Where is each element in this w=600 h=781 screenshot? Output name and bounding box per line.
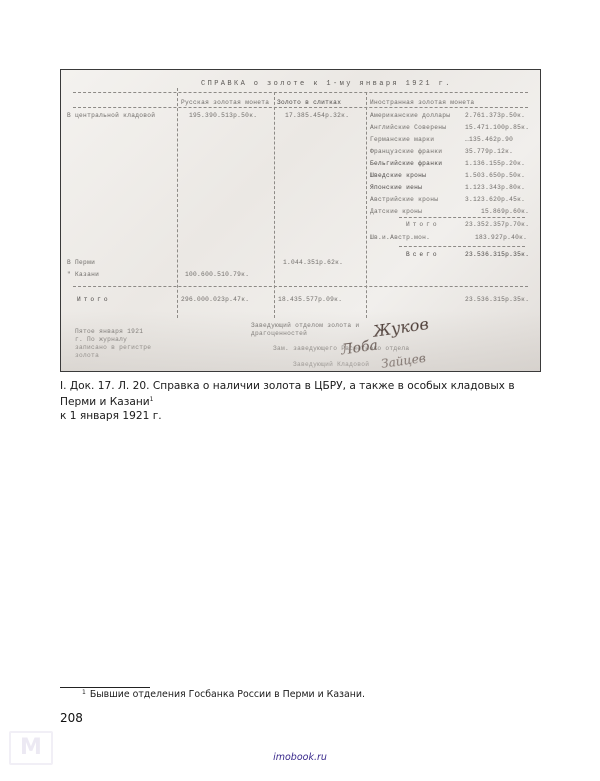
footnote-text: Бывшие отделения Госбанка России в Перми… (90, 689, 365, 700)
site-link[interactable]: imobook.ru (0, 752, 600, 763)
cell-value: 1.044.351р.62к. (283, 259, 343, 266)
foreign-total-value: 23.536.315р.35к. (465, 251, 529, 258)
coin-value: 15.869р.60к. (481, 208, 529, 215)
extra-value: 183.927р.40к. (475, 234, 527, 241)
note-left: Пятое января 1921 г. По журналу записано… (75, 328, 155, 360)
cell-value: 100.600.510.79к. (185, 271, 249, 278)
foreign-total-label: Всего (406, 251, 440, 258)
column-header: Золото в слитках (277, 99, 341, 106)
coin-name: Австрийские кроны (370, 196, 438, 203)
coin-value: 1.503.650р.50к. (465, 172, 525, 179)
column-header: Иностранная золотая монета (370, 99, 474, 106)
row-label-kazan: " Казани (67, 271, 99, 278)
coin-value: 15.471.100р.85к. (465, 124, 529, 131)
coin-name: Германские марки (370, 136, 434, 143)
total-value: 296.000.023р.47к. (181, 296, 249, 303)
cell-value: 17.385.454р.32к. (285, 112, 349, 119)
total-value: 18.435.577р.09к. (278, 296, 342, 303)
total-value: 23.536.315р.35к. (465, 296, 529, 303)
coin-value: 1.136.155р.20к. (465, 160, 525, 167)
column-divider (274, 92, 275, 318)
signature: Зайцев (380, 351, 426, 371)
figure-caption: I. Док. 17. Л. 20. Справка о наличии зол… (60, 379, 550, 423)
archival-document-photo: СПРАВКА о золоте к 1-му января 1921 г. Р… (60, 69, 541, 372)
divider (73, 92, 528, 93)
coin-value: 1.123.343р.80к. (465, 184, 525, 191)
divider (73, 107, 528, 108)
coin-name: Французские франки (370, 148, 442, 155)
footnote-divider (60, 687, 150, 688)
coin-name: Датские кроны (370, 208, 422, 215)
footnote-ref[interactable]: 1 (150, 396, 154, 403)
coin-value: 35.779р.12к. (465, 148, 513, 155)
coin-value: 3.123.620р.45к. (465, 196, 525, 203)
coin-name: Бельгийские франки (370, 160, 442, 167)
signature-title: Заведующий отделом золота и драгоценност… (251, 322, 371, 338)
subtotal-value: 23.352.357р.70к. (465, 221, 529, 228)
divider (73, 286, 528, 287)
row-label-perm: В Перми (67, 259, 95, 266)
divider (399, 217, 525, 218)
coin-name: Японские иены (370, 184, 422, 191)
signature: Лоба (340, 338, 379, 359)
subtotal-label: Итого (406, 221, 440, 228)
document-title: СПРАВКА о золоте к 1-му января 1921 г. (201, 80, 452, 88)
signature: Жуков (372, 314, 430, 341)
coin-value: …135.462р.90 (465, 136, 513, 143)
divider (399, 246, 525, 247)
caption-text: I. Док. 17. Л. 20. Справка о наличии зол… (60, 380, 515, 408)
signature-title: Заведующий Кладовой (293, 361, 369, 368)
footnote: 1Бывшие отделения Госбанка России в Перм… (82, 689, 365, 700)
coin-value: 2.761.373р.50к. (465, 112, 525, 119)
footnote-number: 1 (82, 689, 86, 696)
coin-name: Американские доллары (370, 112, 450, 119)
total-label: Итого (77, 296, 111, 303)
row-label: В центральной кладовой (67, 112, 155, 119)
page-number: 208 (60, 711, 83, 725)
coin-name: Шведские кроны (370, 172, 426, 179)
cell-value: 195.390.513р.50к. (189, 112, 257, 119)
coin-name: Английские Соверены (370, 124, 446, 131)
column-divider (177, 88, 178, 318)
extra-label: Шв.и.Австр.мон. (370, 234, 430, 241)
column-header: Русская золотая монета (181, 99, 269, 106)
caption-text-line2: к 1 января 1921 г. (60, 410, 162, 422)
column-divider (366, 92, 367, 318)
